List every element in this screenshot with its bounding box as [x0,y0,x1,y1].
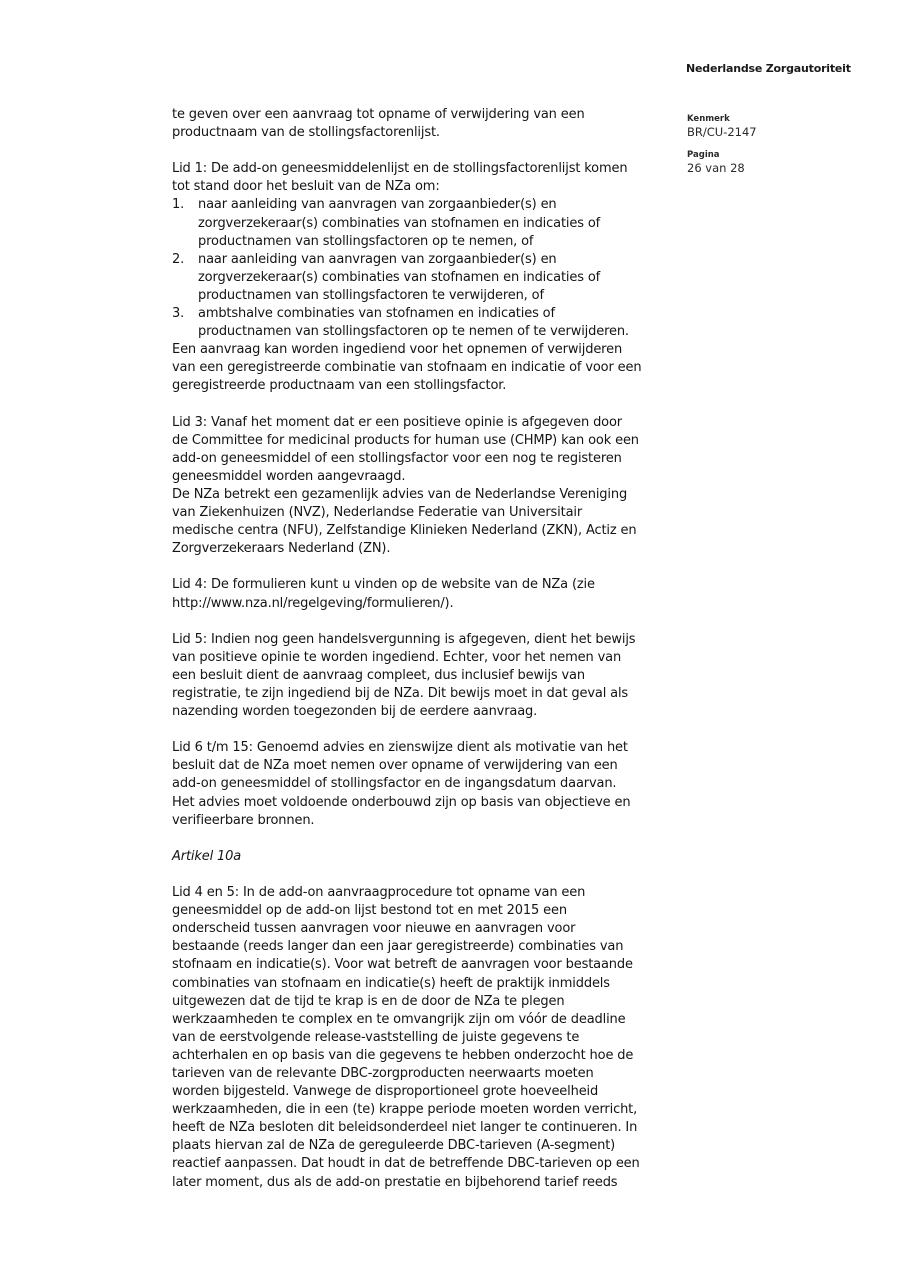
list-item: 3.ambtshalve combinaties van stofnamen e… [172,305,692,341]
text-line: van een geregistreerde combinatie van st… [172,359,692,377]
lid-4-paragraph: Lid 4: De formulieren kunt u vinden op d… [172,576,692,612]
text-line: Zorgverzekeraars Nederland (ZN). [172,540,692,558]
text-line: naar aanleiding van aanvragen van zorgaa… [198,252,557,267]
text-line: tot stand door het besluit van de NZa om… [172,178,692,196]
text-line: een besluit dient de aanvraag compleet, … [172,667,692,685]
text-line: productnamen van stollingsfactoren op te… [172,323,692,341]
text-line: uitgewezen dat de tijd te krap is en de … [172,993,692,1011]
text-line: Lid 5: Indien nog geen handelsvergunning… [172,631,692,649]
forms-url-line: http://www.nza.nl/regelgeving/formuliere… [172,595,692,613]
text-line: achterhalen en op basis van die gegevens… [172,1047,692,1065]
text-line: de Committee for medicinal products for … [172,432,692,450]
text-line: van positieve opinie te worden ingediend… [172,649,692,667]
text-line: ambtshalve combinaties van stofnamen en … [198,306,555,321]
text-line: Lid 6 t/m 15: Genoemd advies en zienswij… [172,739,692,757]
kenmerk-label: Kenmerk [687,114,757,125]
text-line: combinaties van stofnaam en indicatie(s)… [172,975,692,993]
organization-name: Nederlandse Zorgautoriteit [686,62,851,75]
lid-5-paragraph: Lid 5: Indien nog geen handelsvergunning… [172,631,692,721]
text-line: Een aanvraag kan worden ingediend voor h… [172,341,692,359]
text-line: Het advies moet voldoende onderbouwd zij… [172,794,692,812]
text-line: Lid 4: De formulieren kunt u vinden op d… [172,576,692,594]
text-line: besluit dat de NZa moet nemen over opnam… [172,757,692,775]
text-line: zorgverzekeraar(s) combinaties van stofn… [172,215,692,233]
text-line: add-on geneesmiddel of stollingsfactor e… [172,775,692,793]
lid-6-15-paragraph: Lid 6 t/m 15: Genoemd advies en zienswij… [172,739,692,829]
document-body: te geven over een aanvraag tot opname of… [172,106,692,1192]
text-line: heeft de NZa besloten dit beleidsonderde… [172,1119,692,1137]
text-line: werkzaamheden te complex en te omvangrij… [172,1011,692,1029]
text-line: geneesmiddel op de add-on lijst bestond … [172,902,692,920]
kenmerk-block: Kenmerk BR/CU-2147 [687,114,757,139]
text-line: reactief aanpassen. Dat houdt in dat de … [172,1155,692,1173]
document-page: Nederlandse Zorgautoriteit Kenmerk BR/CU… [0,0,900,1273]
text-line: registratie, te zijn ingediend bij de NZ… [172,685,692,703]
text-line: verifieerbare bronnen. [172,812,692,830]
text-line: productnaam van de stollingsfactorenlijs… [172,124,692,142]
text-line: worden bijgesteld. Vanwege de disproport… [172,1083,692,1101]
lid-3-paragraph: Lid 3: Vanaf het moment dat er een posit… [172,414,692,559]
text-line: te geven over een aanvraag tot opname of… [172,106,692,124]
pagina-value: 26 van 28 [687,161,745,175]
text-line: tarieven van de relevante DBC-zorgproduc… [172,1065,692,1083]
pagina-label: Pagina [687,150,745,161]
list-item: 2.naar aanleiding van aanvragen van zorg… [172,251,692,305]
text-line: productnamen van stollingsfactoren op te… [172,233,692,251]
text-line: zorgverzekeraar(s) combinaties van stofn… [172,269,692,287]
text-line: geneesmiddel worden aangevraagd. [172,468,692,486]
text-line: plaats hiervan zal de NZa de gereguleerd… [172,1137,692,1155]
text-line: naar aanleiding van aanvragen van zorgaa… [198,197,557,212]
text-line: Lid 3: Vanaf het moment dat er een posit… [172,414,692,432]
lid-1-paragraph: Lid 1: De add-on geneesmiddelenlijst en … [172,160,692,395]
list-number: 2. [172,251,198,269]
text-line: medische centra (NFU), Zelfstandige Klin… [172,522,692,540]
list-number: 3. [172,305,198,323]
text-line: bestaande (reeds langer dan een jaar ger… [172,938,692,956]
text-line: De NZa betrekt een gezamenlijk advies va… [172,486,692,504]
text-line: Lid 4 en 5: In de add-on aanvraagprocedu… [172,884,692,902]
artikel-10a-paragraph: Lid 4 en 5: In de add-on aanvraagprocedu… [172,884,692,1192]
text-line: stofnaam en indicatie(s). Voor wat betre… [172,956,692,974]
text-line: van de eerstvolgende release-vaststellin… [172,1029,692,1047]
text-line: productnamen van stollingsfactoren te ve… [172,287,692,305]
text-line: add-on geneesmiddel of een stollingsfact… [172,450,692,468]
text-line: geregistreerde productnaam van een stoll… [172,377,692,395]
text-line: Lid 1: De add-on geneesmiddelenlijst en … [172,160,692,178]
list-number: 1. [172,196,198,214]
text-line: werkzaamheden, die in een (te) krappe pe… [172,1101,692,1119]
text-line: nazending worden toegezonden bij de eerd… [172,703,692,721]
text-line: van Ziekenhuizen (NVZ), Nederlandse Fede… [172,504,692,522]
text-line: later moment, dus als de add-on prestati… [172,1174,692,1192]
numbered-list: 1.naar aanleiding van aanvragen van zorg… [172,196,692,341]
section-heading: Artikel 10a [172,848,692,866]
kenmerk-value: BR/CU-2147 [687,125,757,139]
intro-paragraph: te geven over een aanvraag tot opname of… [172,106,692,142]
text-line: onderscheid tussen aanvragen voor nieuwe… [172,920,692,938]
list-item: 1.naar aanleiding van aanvragen van zorg… [172,196,692,250]
pagina-block: Pagina 26 van 28 [687,150,745,175]
